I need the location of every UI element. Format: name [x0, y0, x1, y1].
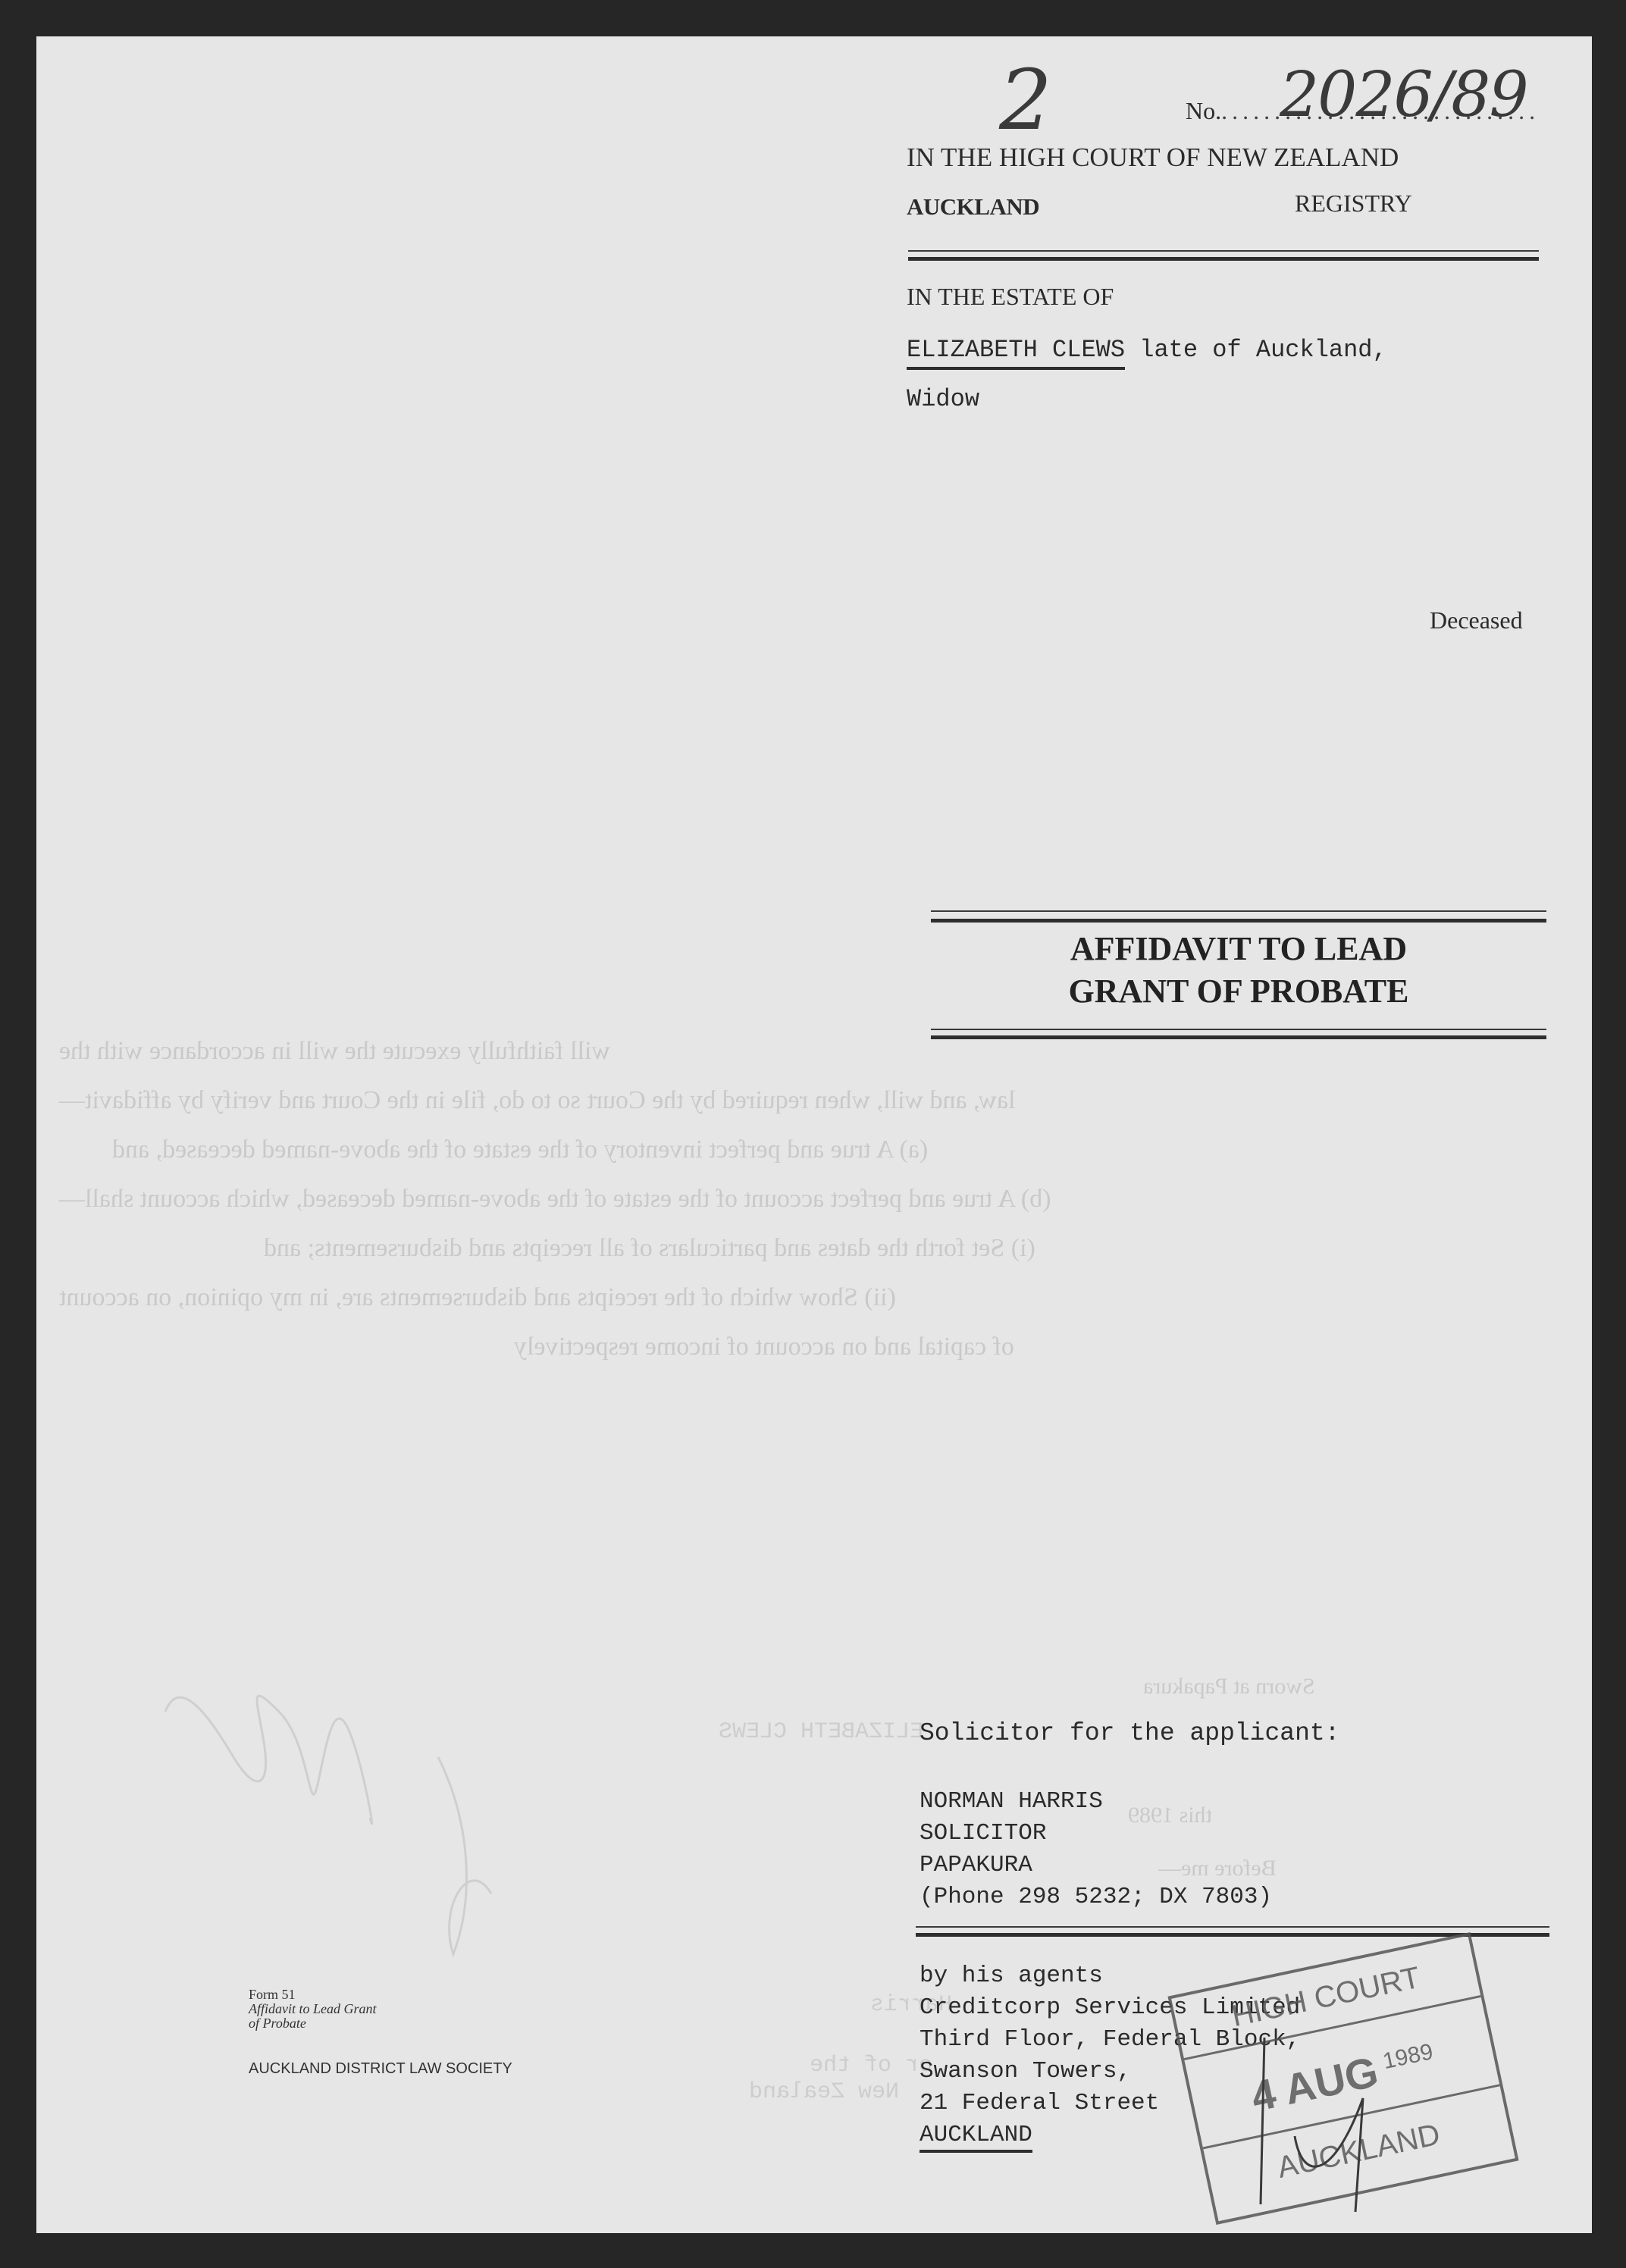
form-number: Form 51 [249, 1988, 377, 2002]
solicitor-role: SOLICITOR [920, 1818, 1272, 1850]
bleed-line: (ii) Show which of the receipts and disb… [59, 1283, 896, 1312]
bleed-signature [150, 1666, 681, 1984]
header-rule-thin [908, 250, 1539, 252]
title-rule-bottom-thick [931, 1035, 1546, 1039]
header-rule-thick [908, 257, 1539, 261]
title-line-2: GRANT OF PROBATE [931, 970, 1546, 1013]
deceased-residence: late of Auckland, [1139, 336, 1386, 364]
deceased-label: Deceased [1430, 606, 1523, 634]
bleed-line: (b) A true and perfect account of the es… [59, 1185, 1051, 1214]
bleed-line: law, and will, when required by the Cour… [59, 1086, 1016, 1115]
title-rule-bottom-thin [931, 1029, 1546, 1030]
bleed-jurat: Sworn at Papakura [1143, 1674, 1315, 1699]
estate-heading: IN THE ESTATE OF [907, 283, 1114, 311]
number-label: No. [1186, 97, 1221, 124]
deceased-line: ELIZABETH CLEWS late of Auckland, [907, 336, 1387, 364]
bleed-jurat: New Zealand [749, 2079, 899, 2105]
bleed-jurat: ELIZABETH CLEWS [719, 1719, 923, 1745]
registry-label: REGISTRY [1295, 190, 1412, 218]
deceased-occupation: Widow [907, 385, 979, 413]
title-rule-top-thin [931, 910, 1546, 912]
document-title: AFFIDAVIT TO LEAD GRANT OF PROBATE [931, 928, 1546, 1013]
court-title: IN THE HIGH COURT OF NEW ZEALAND [907, 143, 1399, 173]
bleed-line: of capital and on account of income resp… [514, 1333, 1014, 1361]
bleed-jurat: or of the [810, 2053, 932, 2078]
registrar-initials [1249, 2030, 1401, 2219]
title-rule-top-thick [931, 919, 1546, 923]
solicitor-heading: Solicitor for the applicant: [920, 1719, 1340, 1747]
form-title-line-1: Affidavit to Lead Grant [249, 2002, 377, 2016]
bleed-line: (a) A true and perfect inventory of the … [112, 1136, 928, 1164]
case-number-handwritten: 2026/89 [1280, 59, 1527, 131]
solicitor-name: NORMAN HARRIS [920, 1786, 1272, 1818]
deceased-name: ELIZABETH CLEWS [907, 336, 1125, 370]
solicitor-details: NORMAN HARRIS SOLICITOR PAPAKURA (Phone … [920, 1786, 1272, 1913]
form-title-line-2: of Probate [249, 2016, 377, 2031]
title-line-1: AFFIDAVIT TO LEAD [931, 928, 1546, 970]
document-page: will faithfully execute the will in acco… [36, 36, 1592, 2233]
bleed-line: will faithfully execute the will in acco… [59, 1037, 610, 1066]
registry-city: AUCKLAND [907, 193, 1039, 221]
form-publisher: AUCKLAND DISTRICT LAW SOCIETY [249, 2060, 512, 2078]
bleed-line: (i) Set forth the dates and particulars … [264, 1234, 1035, 1263]
solicitor-rule-thin [916, 1926, 1549, 1928]
agents-city: AUCKLAND [920, 2122, 1032, 2153]
solicitor-location: PAPAKURA [920, 1850, 1272, 1881]
file-mark-handwritten: 2 [999, 52, 1051, 149]
solicitor-contact: (Phone 298 5232; DX 7803) [920, 1881, 1272, 1913]
form-info: Form 51 Affidavit to Lead Grant of Proba… [249, 1988, 377, 2031]
